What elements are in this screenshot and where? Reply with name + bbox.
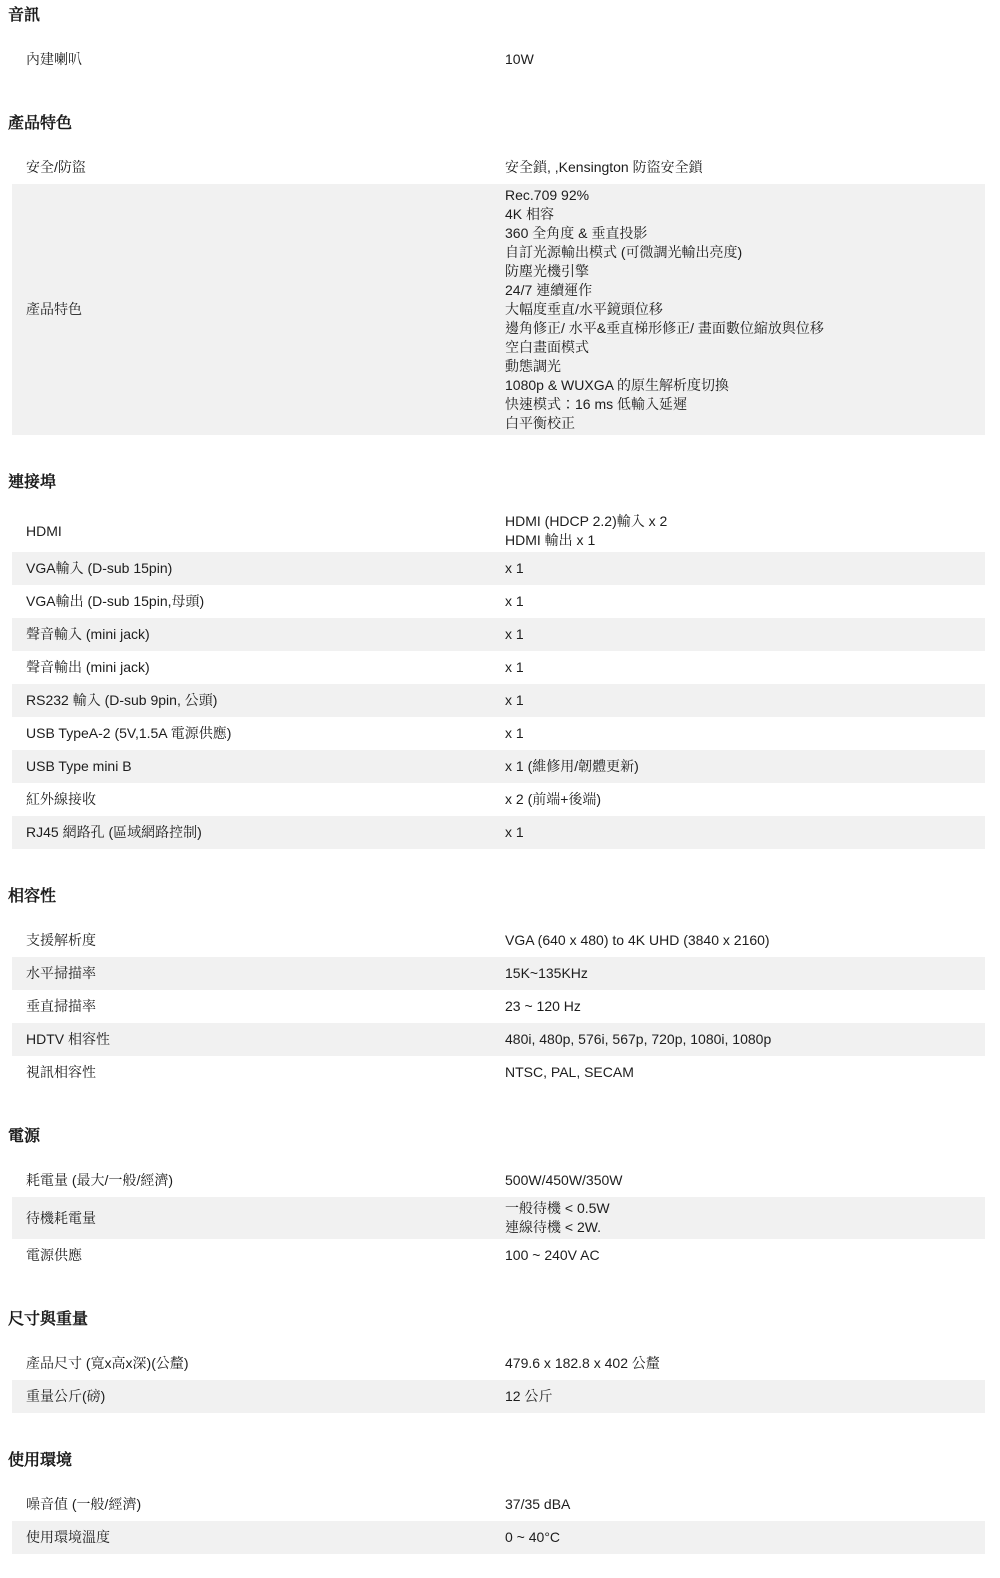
section-product-features: 產品特色安全/防盜安全鎖, ,Kensington 防盜安全鎖產品特色Rec.7… (8, 114, 985, 435)
spec-row-value: 100 ~ 240V AC (505, 1246, 985, 1265)
spec-row: 產品特色Rec.709 92%4K 相容360 全角度 & 垂直投影自訂光源輸出… (12, 184, 985, 435)
spec-row-value: 37/35 dBA (505, 1495, 985, 1514)
spec-row-value: 12 公斤 (505, 1387, 985, 1406)
spec-value-line: 12 公斤 (505, 1387, 985, 1406)
spec-row-label: 支援解析度 (26, 931, 505, 950)
spec-value-line: 10W (505, 50, 985, 69)
spec-row-value: 23 ~ 120 Hz (505, 997, 985, 1016)
spec-row-label: 噪音值 (一般/經濟) (26, 1495, 505, 1514)
spec-row-label: 電源供應 (26, 1246, 505, 1265)
spec-value-line: 480i, 480p, 576i, 567p, 720p, 1080i, 108… (505, 1030, 985, 1049)
spec-row: 耗電量 (最大/一般/經濟)500W/450W/350W (12, 1164, 985, 1197)
spec-row-label: 產品尺寸 (寬x高x深)(公釐) (26, 1354, 505, 1373)
spec-row-label: 安全/防盜 (26, 158, 505, 177)
spec-row: 垂直掃描率23 ~ 120 Hz (12, 990, 985, 1023)
spec-row: 視訊相容性NTSC, PAL, SECAM (12, 1056, 985, 1089)
spec-value-line: x 1 (505, 691, 985, 710)
section-title: 音訊 (8, 6, 985, 25)
section-title: 電源 (8, 1127, 985, 1146)
spec-row-value: Rec.709 92%4K 相容360 全角度 & 垂直投影自訂光源輸出模式 (… (505, 186, 985, 433)
spec-value-line: 0 ~ 40°C (505, 1528, 985, 1547)
section-rows: HDMIHDMI (HDCP 2.2)輸入 x 2HDMI 輸出 x 1VGA輸… (12, 510, 985, 849)
spec-row: 內建喇叭10W (12, 43, 985, 76)
section-rows: 安全/防盜安全鎖, ,Kensington 防盜安全鎖產品特色Rec.709 9… (12, 151, 985, 435)
spec-row: 使用環境溫度0 ~ 40°C (12, 1521, 985, 1554)
section-title: 使用環境 (8, 1451, 985, 1470)
spec-value-line: 安全鎖, ,Kensington 防盜安全鎖 (505, 158, 985, 177)
spec-row-value: 0 ~ 40°C (505, 1528, 985, 1547)
spec-row-label: 使用環境溫度 (26, 1528, 505, 1547)
spec-row-value: x 1 (505, 592, 985, 611)
spec-row: RJ45 網路孔 (區域網路控制)x 1 (12, 816, 985, 849)
section-title: 尺寸與重量 (8, 1310, 985, 1329)
spec-value-line: x 1 (505, 559, 985, 578)
spec-row-value: 安全鎖, ,Kensington 防盜安全鎖 (505, 158, 985, 177)
section-ports: 連接埠HDMIHDMI (HDCP 2.2)輸入 x 2HDMI 輸出 x 1V… (8, 473, 985, 849)
spec-row: 水平掃描率15K~135KHz (12, 957, 985, 990)
section-rows: 支援解析度VGA (640 x 480) to 4K UHD (3840 x 2… (12, 924, 985, 1089)
spec-row-label: 垂直掃描率 (26, 997, 505, 1016)
spec-row: USB TypeA-2 (5V,1.5A 電源供應)x 1 (12, 717, 985, 750)
spec-row: 紅外線接收x 2 (前端+後端) (12, 783, 985, 816)
spec-row-label: 內建喇叭 (26, 50, 505, 69)
section-rows: 耗電量 (最大/一般/經濟)500W/450W/350W待機耗電量一般待機 < … (12, 1164, 985, 1272)
spec-row: 待機耗電量一般待機 < 0.5W連線待機 < 2W. (12, 1197, 985, 1239)
spec-row: 聲音輸入 (mini jack)x 1 (12, 618, 985, 651)
spec-row-label: RJ45 網路孔 (區域網路控制) (26, 823, 505, 842)
section-operating-environment: 使用環境噪音值 (一般/經濟)37/35 dBA使用環境溫度0 ~ 40°C (8, 1451, 985, 1554)
section-rows: 產品尺寸 (寬x高x深)(公釐)479.6 x 182.8 x 402 公釐重量… (12, 1347, 985, 1413)
spec-row-value: NTSC, PAL, SECAM (505, 1063, 985, 1082)
section-audio: 音訊內建喇叭10W (8, 6, 985, 76)
spec-value-line: 一般待機 < 0.5W (505, 1199, 985, 1218)
spec-value-line: 23 ~ 120 Hz (505, 997, 985, 1016)
spec-value-line: 空白畫面模式 (505, 338, 985, 357)
spec-row: VGA輸入 (D-sub 15pin)x 1 (12, 552, 985, 585)
spec-value-line: x 1 (505, 625, 985, 644)
section-power: 電源耗電量 (最大/一般/經濟)500W/450W/350W待機耗電量一般待機 … (8, 1127, 985, 1272)
spec-row: HDTV 相容性480i, 480p, 576i, 567p, 720p, 10… (12, 1023, 985, 1056)
spec-page: 音訊內建喇叭10W產品特色安全/防盜安全鎖, ,Kensington 防盜安全鎖… (0, 0, 1000, 1578)
spec-row: VGA輸出 (D-sub 15pin,母頭)x 1 (12, 585, 985, 618)
spec-value-line: x 1 (505, 658, 985, 677)
section-title: 連接埠 (8, 473, 985, 492)
section-dimensions-weight: 尺寸與重量產品尺寸 (寬x高x深)(公釐)479.6 x 182.8 x 402… (8, 1310, 985, 1413)
spec-value-line: 479.6 x 182.8 x 402 公釐 (505, 1354, 985, 1373)
spec-row-label: USB Type mini B (26, 757, 505, 776)
spec-row-label: 產品特色 (26, 300, 505, 319)
spec-value-line: 24/7 連續運作 (505, 281, 985, 300)
spec-row-label: 聲音輸出 (mini jack) (26, 658, 505, 677)
spec-row-value: VGA (640 x 480) to 4K UHD (3840 x 2160) (505, 931, 985, 950)
spec-row: HDMIHDMI (HDCP 2.2)輸入 x 2HDMI 輸出 x 1 (12, 510, 985, 552)
spec-row: 重量公斤(磅)12 公斤 (12, 1380, 985, 1413)
spec-row-value: 500W/450W/350W (505, 1171, 985, 1190)
spec-value-line: 大幅度垂直/水平鏡頭位移 (505, 300, 985, 319)
spec-row-label: VGA輸入 (D-sub 15pin) (26, 559, 505, 578)
spec-row-value: x 1 (維修用/韌體更新) (505, 757, 985, 776)
spec-value-line: 37/35 dBA (505, 1495, 985, 1514)
spec-row: 安全/防盜安全鎖, ,Kensington 防盜安全鎖 (12, 151, 985, 184)
spec-value-line: 連線待機 < 2W. (505, 1218, 985, 1237)
spec-value-line: x 1 (維修用/韌體更新) (505, 757, 985, 776)
spec-value-line: 15K~135KHz (505, 964, 985, 983)
spec-row-label: 聲音輸入 (mini jack) (26, 625, 505, 644)
spec-row-label: 視訊相容性 (26, 1063, 505, 1082)
spec-row: USB Type mini Bx 1 (維修用/韌體更新) (12, 750, 985, 783)
spec-value-line: 邊角修正/ 水平&垂直梯形修正/ 畫面數位縮放與位移 (505, 319, 985, 338)
spec-row-label: 水平掃描率 (26, 964, 505, 983)
spec-row: 產品尺寸 (寬x高x深)(公釐)479.6 x 182.8 x 402 公釐 (12, 1347, 985, 1380)
spec-value-line: 動態調光 (505, 357, 985, 376)
spec-value-line: 4K 相容 (505, 205, 985, 224)
spec-value-line: 自訂光源輸出模式 (可微調光輸出亮度) (505, 243, 985, 262)
spec-value-line: x 1 (505, 724, 985, 743)
spec-row: RS232 輸入 (D-sub 9pin, 公頭)x 1 (12, 684, 985, 717)
spec-row: 支援解析度VGA (640 x 480) to 4K UHD (3840 x 2… (12, 924, 985, 957)
section-title: 相容性 (8, 887, 985, 906)
spec-value-line: HDMI (HDCP 2.2)輸入 x 2 (505, 512, 985, 531)
spec-row-label: 重量公斤(磅) (26, 1387, 505, 1406)
spec-row-value: 479.6 x 182.8 x 402 公釐 (505, 1354, 985, 1373)
spec-value-line: x 2 (前端+後端) (505, 790, 985, 809)
spec-value-line: 1080p & WUXGA 的原生解析度切換 (505, 376, 985, 395)
spec-row-value: x 1 (505, 691, 985, 710)
spec-row-label: RS232 輸入 (D-sub 9pin, 公頭) (26, 691, 505, 710)
section-rows: 噪音值 (一般/經濟)37/35 dBA使用環境溫度0 ~ 40°C (12, 1488, 985, 1554)
spec-value-line: x 1 (505, 592, 985, 611)
section-compatibility: 相容性支援解析度VGA (640 x 480) to 4K UHD (3840 … (8, 887, 985, 1089)
spec-row-label: HDMI (26, 522, 505, 541)
spec-row-label: HDTV 相容性 (26, 1030, 505, 1049)
spec-value-line: Rec.709 92% (505, 186, 985, 205)
spec-row-value: HDMI (HDCP 2.2)輸入 x 2HDMI 輸出 x 1 (505, 512, 985, 550)
spec-row: 噪音值 (一般/經濟)37/35 dBA (12, 1488, 985, 1521)
spec-row-label: 待機耗電量 (26, 1209, 505, 1228)
spec-row-value: 480i, 480p, 576i, 567p, 720p, 1080i, 108… (505, 1030, 985, 1049)
spec-row: 聲音輸出 (mini jack)x 1 (12, 651, 985, 684)
spec-value-line: VGA (640 x 480) to 4K UHD (3840 x 2160) (505, 931, 985, 950)
spec-value-line: 快速模式：16 ms 低輸入延遲 (505, 395, 985, 414)
spec-row-value: x 1 (505, 559, 985, 578)
spec-value-line: 100 ~ 240V AC (505, 1246, 985, 1265)
spec-row-value: x 1 (505, 625, 985, 644)
spec-row-value: 10W (505, 50, 985, 69)
spec-row-label: USB TypeA-2 (5V,1.5A 電源供應) (26, 724, 505, 743)
spec-row-label: 耗電量 (最大/一般/經濟) (26, 1171, 505, 1190)
section-title: 產品特色 (8, 114, 985, 133)
spec-row-label: VGA輸出 (D-sub 15pin,母頭) (26, 592, 505, 611)
spec-value-line: NTSC, PAL, SECAM (505, 1063, 985, 1082)
spec-value-line: HDMI 輸出 x 1 (505, 531, 985, 550)
spec-row-value: 一般待機 < 0.5W連線待機 < 2W. (505, 1199, 985, 1237)
spec-row-value: 15K~135KHz (505, 964, 985, 983)
spec-value-line: 白平衡校正 (505, 414, 985, 433)
spec-row-value: x 2 (前端+後端) (505, 790, 985, 809)
spec-row-value: x 1 (505, 724, 985, 743)
spec-row-label: 紅外線接收 (26, 790, 505, 809)
spec-value-line: 360 全角度 & 垂直投影 (505, 224, 985, 243)
spec-row: 電源供應100 ~ 240V AC (12, 1239, 985, 1272)
spec-value-line: 防塵光機引擎 (505, 262, 985, 281)
section-rows: 內建喇叭10W (12, 43, 985, 76)
spec-row-value: x 1 (505, 823, 985, 842)
spec-value-line: 500W/450W/350W (505, 1171, 985, 1190)
spec-row-value: x 1 (505, 658, 985, 677)
spec-value-line: x 1 (505, 823, 985, 842)
